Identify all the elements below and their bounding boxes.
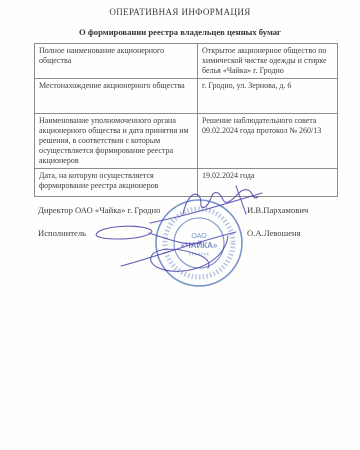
table-row: Местонахождение акционерного общества г.… <box>35 79 338 114</box>
row-label-authorized-body: Наименование уполномоченного органа акци… <box>35 114 198 169</box>
table-row: Полное наименование акционерного обществ… <box>35 44 338 79</box>
round-company-stamp: ОАО «ЧАЙКА» <box>153 197 245 289</box>
document-title: ОПЕРАТИВНАЯ ИНФОРМАЦИЯ <box>0 7 360 17</box>
stamp-ring-text-decoration <box>165 209 233 277</box>
info-table: Полное наименование акционерного обществ… <box>34 43 338 197</box>
row-value-authorized-body: Решение наблюдательного совета 09.02.202… <box>198 114 338 169</box>
scanned-document-page: ОПЕРАТИВНАЯ ИНФОРМАЦИЯ О формировании ре… <box>0 0 360 450</box>
stamp-org-name-text: «ЧАЙКА» <box>181 241 218 250</box>
row-value-full-name: Открытое акционерное общество по химичес… <box>198 44 338 79</box>
row-label-location: Местонахождение акционерного общества <box>35 79 198 114</box>
row-value-register-date: 19.02.2024 года <box>198 169 338 197</box>
director-name: И.В.Пархамович <box>247 205 308 215</box>
document-subtitle: О формировании реестра владельцев ценных… <box>0 27 360 37</box>
row-label-full-name: Полное наименование акционерного обществ… <box>35 44 198 79</box>
executor-signature <box>96 226 236 271</box>
stamp-org-type-text: ОАО <box>191 233 207 240</box>
executor-name: О.А.Левошеня <box>247 228 301 238</box>
table-row: Дата, на которую осуществляется формиров… <box>35 169 338 197</box>
director-role-label: Директор ОАО «Чайка» г. Гродно <box>38 205 160 215</box>
executor-role-label: Исполнитель <box>38 228 86 238</box>
table-row: Наименование уполномоченного органа акци… <box>35 114 338 169</box>
row-value-location: г. Гродно, ул. Зернова, д. 6 <box>198 79 338 114</box>
row-label-register-date: Дата, на которую осуществляется формиров… <box>35 169 198 197</box>
